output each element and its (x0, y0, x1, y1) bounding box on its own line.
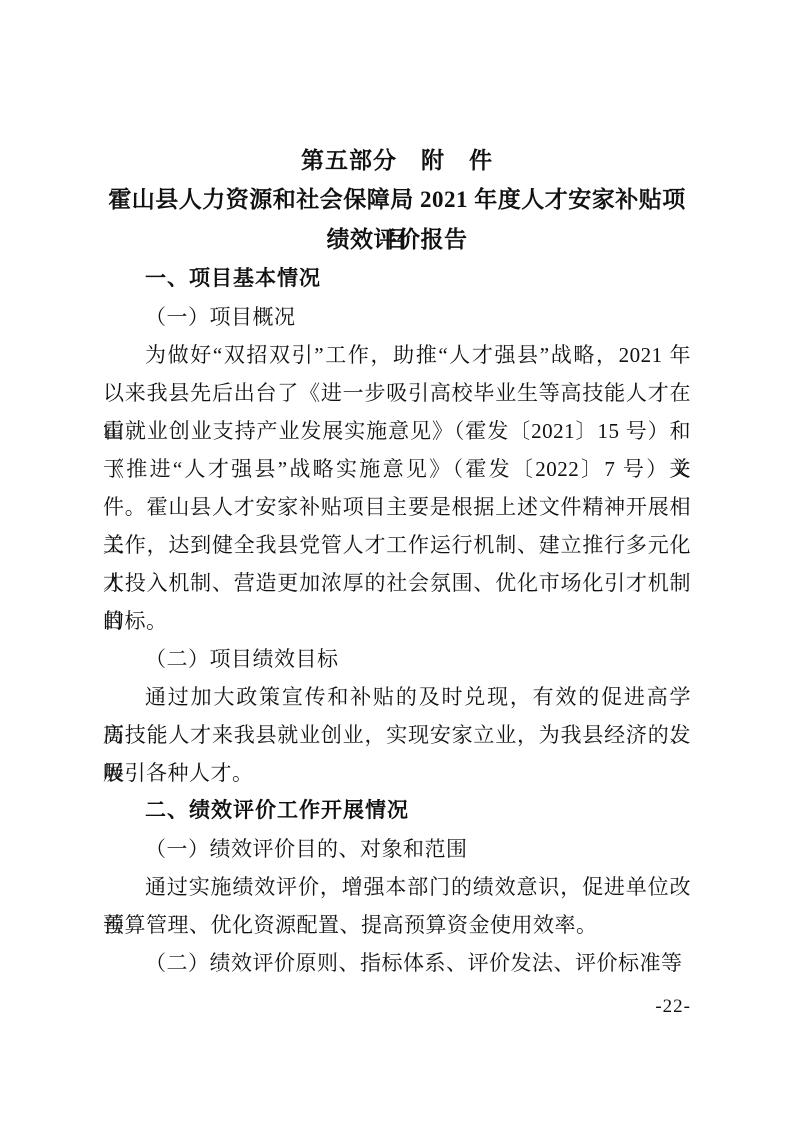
body-line: 目标。 (103, 602, 691, 640)
body-line: 以来我县先后出台了《进一步吸引高校毕业生等高技能人才在霍 (103, 374, 691, 412)
document-content: 第五部分 附 件 霍山县人力资源和社会保障局 2021 年度人才安家补贴项目 绩… (103, 0, 691, 1020)
body-line: 预算管理、优化资源配置、提高预算资金使用效率。 (103, 906, 691, 944)
body-line: 才投入机制、营造更加浓厚的社会氛围、优化市场化引才机制的 (103, 564, 691, 602)
report-title-line-1: 霍山县人力资源和社会保障局 2021 年度人才安家补贴项目 (103, 180, 691, 220)
section-heading-1: 一、项目基本情况 (103, 260, 691, 298)
section-heading-2: 二、绩效评价工作开展情况 (103, 792, 691, 830)
body-line: 件。霍山县人才安家补贴项目主要是根据上述文件精神开展相关 (103, 488, 691, 526)
body-line: 工作，达到健全我县党管人才工作运行机制、建立推行多元化人 (103, 526, 691, 564)
body-line: 为做好“双招双引”工作，助推“人才强县”战略，2021 年 (103, 336, 691, 374)
part-heading: 第五部分 附 件 (103, 140, 691, 180)
subsection-heading: （二）项目绩效目标 (103, 640, 691, 678)
report-title-line-2: 绩效评价报告 (103, 220, 691, 260)
subsection-heading: （二）绩效评价原则、指标体系、评价发法、评价标准等 (103, 944, 691, 982)
page-number: -22- (103, 994, 691, 1020)
subsection-heading: （一）绩效评价目的、对象和范围 (103, 830, 691, 868)
document-page: 第五部分 附 件 霍山县人力资源和社会保障局 2021 年度人才安家补贴项目 绩… (0, 0, 793, 1122)
body-line: 通过实施绩效评价，增强本部门的绩效意识，促进单位改善 (103, 868, 691, 906)
body-line: 于推进“人才强县”战略实施意见》（霍发〔2022〕7 号）文 (103, 450, 691, 488)
body-line: 山就业创业支持产业发展实施意见》（霍发〔2021〕15 号）和《关 (103, 412, 691, 450)
subsection-heading: （一）项目概况 (103, 298, 691, 336)
body-line: 通过加大政策宣传和补贴的及时兑现，有效的促进高学历、 (103, 678, 691, 716)
body-line: 高技能人才来我县就业创业，实现安家立业，为我县经济的发展 (103, 716, 691, 754)
body-line: 吸引各种人才。 (103, 754, 691, 792)
